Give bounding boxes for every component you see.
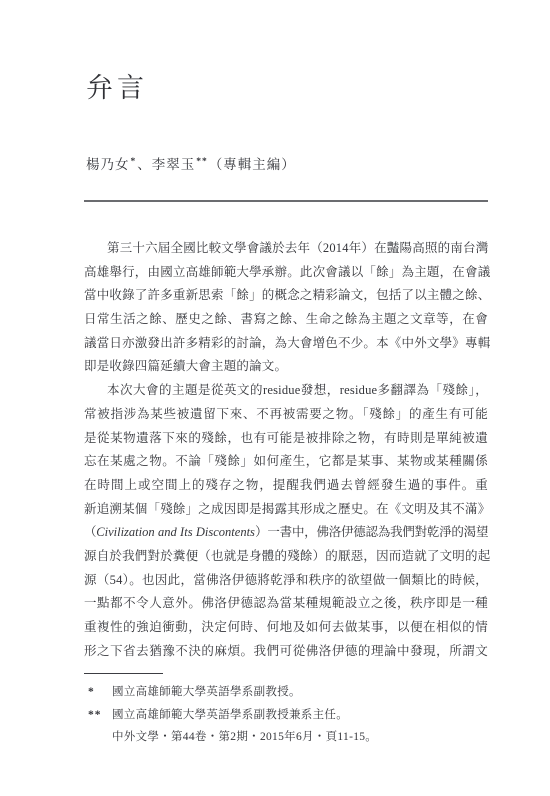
text-line: 高雄舉行，由國立高雄師範大學承辦。此次會議以「餘」為主題，在會議 — [84, 261, 488, 285]
text-line: 源（54）。也因此，當佛洛伊德將乾淨和秩序的欲望做一個類比的時候， — [84, 569, 488, 593]
body-text: 第三十六屆全國比較文學會議於去年（2014年）在豔陽高照的南台灣 高雄舉行，由國… — [84, 237, 488, 663]
page-title: 弁言 — [86, 70, 148, 106]
author-role: （專輯主編） — [209, 157, 296, 172]
book-title-italic: Civilization and Its Discontents — [96, 525, 255, 539]
text-line: 在時間上或空間上的殘存之物，提醒我們過去曾經發生過的事件。重 — [84, 474, 488, 498]
text-segment: ）一書中，佛洛伊德認為我們對乾淨的渴望 — [255, 525, 488, 539]
header-divider-rule — [84, 200, 488, 202]
text-line: 忘在某處之物。不論「殘餘」如何產生，它都是某事、某物或某種關係 — [84, 450, 488, 474]
author-line: 楊乃女*、李翠玉**（專輯主編） — [86, 153, 296, 173]
text-line: 本次大會的主題是從英文的residue發想，residue多翻譯為「殘餘」， — [84, 379, 488, 403]
text-line: 議當日亦激發出許多精彩的討論，為大會增色不少。本《中外文學》專輯 — [84, 332, 488, 356]
author-footnote-mark-2: ** — [196, 157, 208, 167]
text-line: 一點都不令人意外。佛洛伊德認為當某種規範設立之後，秩序即是一種 — [84, 592, 488, 616]
text-line: 新追溯某個「殘餘」之成因即是揭露其形成之歷史。在《文明及其不滿》 — [84, 498, 488, 522]
author-name-1: 楊乃女 — [86, 157, 130, 172]
paragraph-2: 本次大會的主題是從英文的residue發想，residue多翻譯為「殘餘」， 常… — [84, 379, 488, 663]
text-line: 是從某物遺落下來的殘餘，也有可能是被排除之物，有時則是單純被遺 — [84, 427, 488, 451]
author-footnote-mark-1: * — [131, 157, 137, 167]
footnote-item: ** 國立高雄師範大學英語學系副教授兼系主任。 — [84, 704, 504, 727]
footnote-text: 國立高雄師範大學英語學系副教授。 — [112, 681, 504, 704]
author-name-2: 李翠玉 — [152, 157, 196, 172]
text-line: 源自於我們對於糞便（也就是身體的殘餘）的厭惡，因而造就了文明的起 — [84, 545, 488, 569]
author-separator: 、 — [137, 157, 152, 172]
footnote-item: * 國立高雄師範大學英語學系副教授。 — [84, 681, 504, 704]
text-segment: （ — [84, 525, 96, 539]
footnote-separator-rule — [84, 673, 163, 674]
text-line: 形之下省去猶豫不決的麻煩。我們可從佛洛伊德的理論中發現，所謂文 — [84, 640, 488, 664]
text-line: 即是收錄四篇延續大會主題的論文。 — [84, 355, 488, 379]
text-line: 日常生活之餘、歷史之餘、書寫之餘、生命之餘為主題之文章等，在會 — [84, 308, 488, 332]
text-line-with-book-title: （Civilization and Its Discontents）一書中，佛洛… — [84, 521, 488, 545]
footnotes: * 國立高雄師範大學英語學系副教授。 ** 國立高雄師範大學英語學系副教授兼系主… — [84, 681, 504, 749]
footnote-marker: ** — [84, 704, 112, 727]
text-line: 重複性的強迫衝動，決定何時、何地及如何去做某事，以便在相似的情 — [84, 616, 488, 640]
footnote-marker: * — [84, 681, 112, 704]
document-page: 弁言 楊乃女*、李翠玉**（專輯主編） 第三十六屆全國比較文學會議於去年（201… — [0, 0, 550, 796]
text-line: 第三十六屆全國比較文學會議於去年（2014年）在豔陽高照的南台灣 — [84, 237, 488, 261]
text-line: 常被指涉為某些被遺留下來、不再被需要之物。「殘餘」的產生有可能 — [84, 403, 488, 427]
text-line: 當中收錄了許多重新思索「餘」的概念之精彩論文，包括了以主體之餘、 — [84, 284, 488, 308]
paragraph-1: 第三十六屆全國比較文學會議於去年（2014年）在豔陽高照的南台灣 高雄舉行，由國… — [84, 237, 488, 379]
journal-citation: 中外文學・第44卷・第2期・2015年6月・頁11-15。 — [84, 726, 504, 749]
footnote-text: 國立高雄師範大學英語學系副教授兼系主任。 — [112, 704, 504, 727]
